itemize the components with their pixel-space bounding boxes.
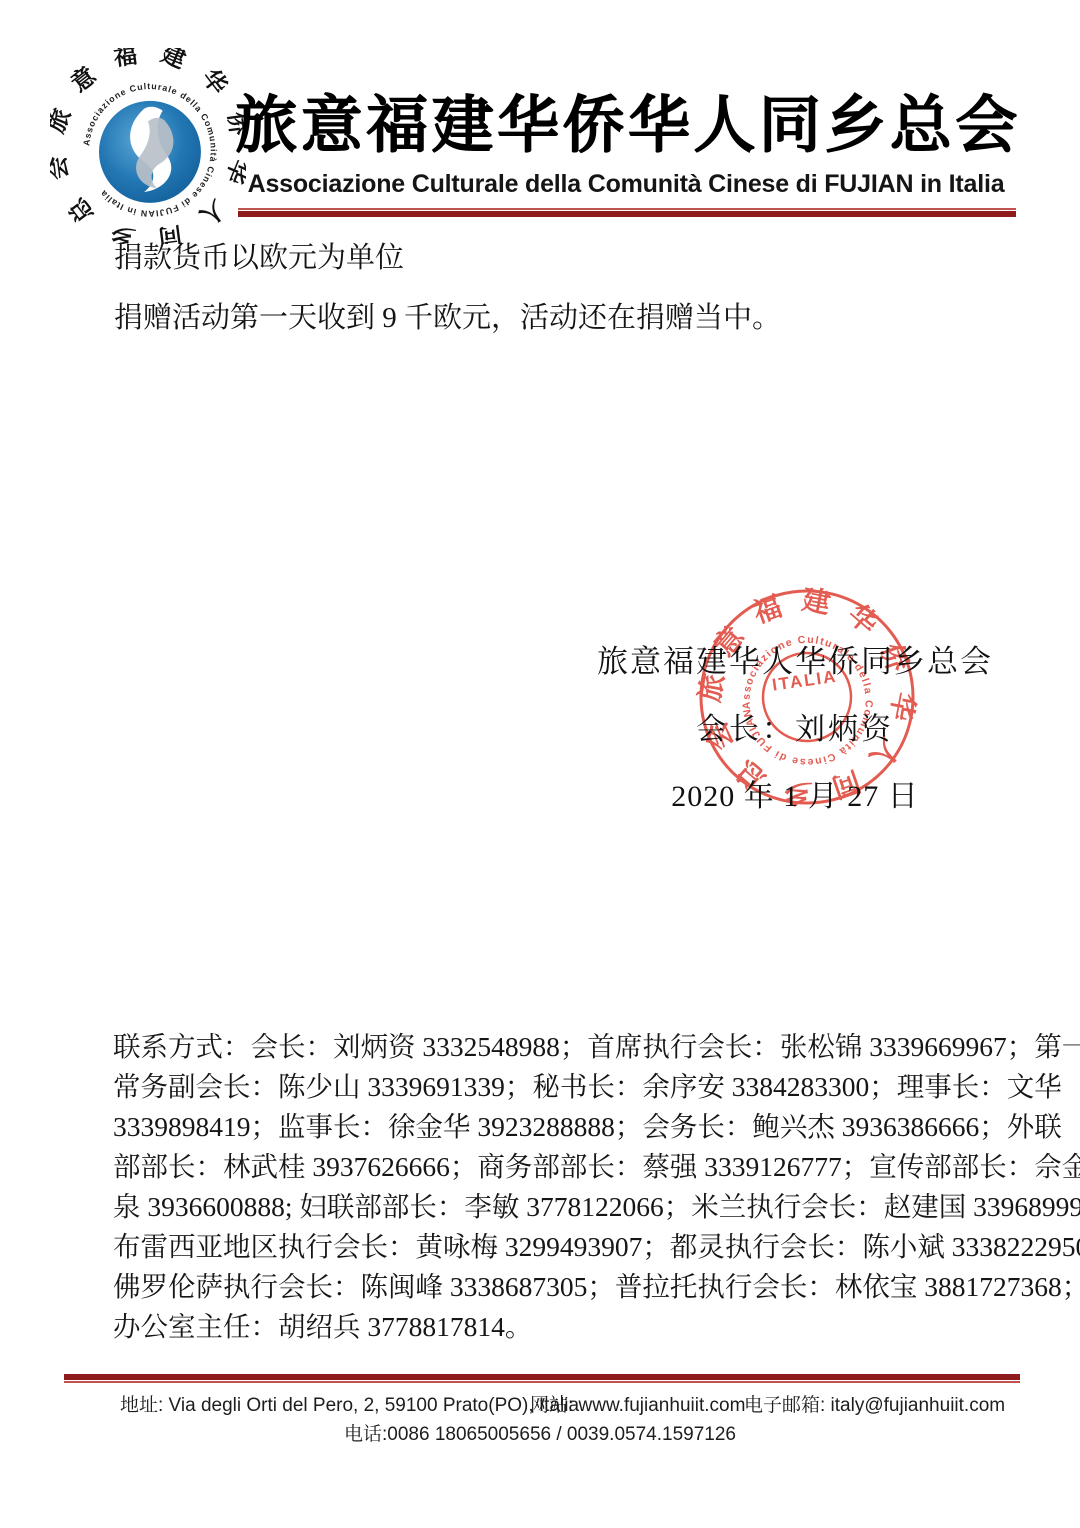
signature-block: 旅意福建华人华侨同乡总会 会长：刘炳资 2020 年 1 月 27 日	[540, 636, 1050, 815]
footer-info-row: 地址: Via degli Orti del Pero, 2, 59100 Pr…	[0, 1390, 1080, 1414]
contact-list: 联系方式：会长：刘炳资 3332548988；首席执行会长：张松锦 333966…	[113, 1030, 991, 1350]
contact-line-1: 联系方式：会长：刘炳资 3332548988；首席执行会长：张松锦 333966…	[113, 1030, 991, 1070]
contact-line-5: 泉 3936600888; 妇联部部长：李敏 3778122066；米兰执行会长…	[113, 1190, 991, 1230]
footer-phone: 电话:0086 18065005656 / 0039.0574.1597126	[0, 1419, 1080, 1446]
letter-body: 捐款货币以欧元为单位 捐赠活动第一天收到 9 千欧元，活动还在捐赠当中。	[114, 236, 1014, 356]
association-logo: 旅意福建华侨华人同乡总会 Associazione Culturale dell…	[50, 48, 246, 244]
contact-line-2: 常务副会长：陈少山 3339691339；秘书长：余序安 3384283300；…	[113, 1070, 991, 1110]
footer-rule-divider	[64, 1374, 1020, 1383]
contact-line-3: 3339898419；监事长：徐金华 3923288888；会务长：鲍兴杰 39…	[113, 1110, 991, 1150]
logo-emblem-svg: 旅意福建华侨华人同乡总会 Associazione Culturale dell…	[50, 48, 246, 244]
document-page: 旅意福建华侨华人同乡总会 Associazione Culturale dell…	[0, 0, 1080, 1528]
contact-line-4: 部部长：林武桂 3937626666；商务部部长：蔡强 3339126777；宣…	[113, 1150, 991, 1190]
footer-website: 网站: www.fujianhuiit.com	[530, 1390, 745, 1417]
body-line-1: 捐款货币以欧元为单位	[114, 236, 1014, 296]
contact-line-8: 办公室主任：胡绍兵 3778817814。	[113, 1310, 991, 1350]
signature-president: 会长：刘炳资	[540, 704, 1050, 748]
contact-line-6: 布雷西亚地区执行会长：黄咏梅 3299493907；都灵执行会长：陈小斌 333…	[113, 1230, 991, 1270]
letterhead: 旅意福建华侨华人同乡总会 Associazione Culturale dell…	[235, 88, 1017, 217]
association-title-chinese: 旅意福建华侨华人同乡总会	[235, 88, 1017, 164]
footer-email: 电子邮箱: italy@fujianhuiit.com	[744, 1390, 1005, 1417]
signature-organization: 旅意福建华人华侨同乡总会	[540, 636, 1050, 681]
header-rule-divider	[238, 208, 1016, 217]
body-line-2: 捐赠活动第一天收到 9 千欧元，活动还在捐赠当中。	[114, 296, 1014, 356]
footer-address: 地址: Via degli Orti del Pero, 2, 59100 Pr…	[120, 1390, 579, 1417]
signature-date: 2020 年 1 月 27 日	[540, 771, 1050, 815]
association-title-italian: Associazione Culturale della Comunità Ci…	[235, 170, 1017, 199]
contact-line-7: 佛罗伦萨执行会长：陈闽峰 3338687305；普拉托执行会长：林依宝 3881…	[113, 1270, 991, 1310]
